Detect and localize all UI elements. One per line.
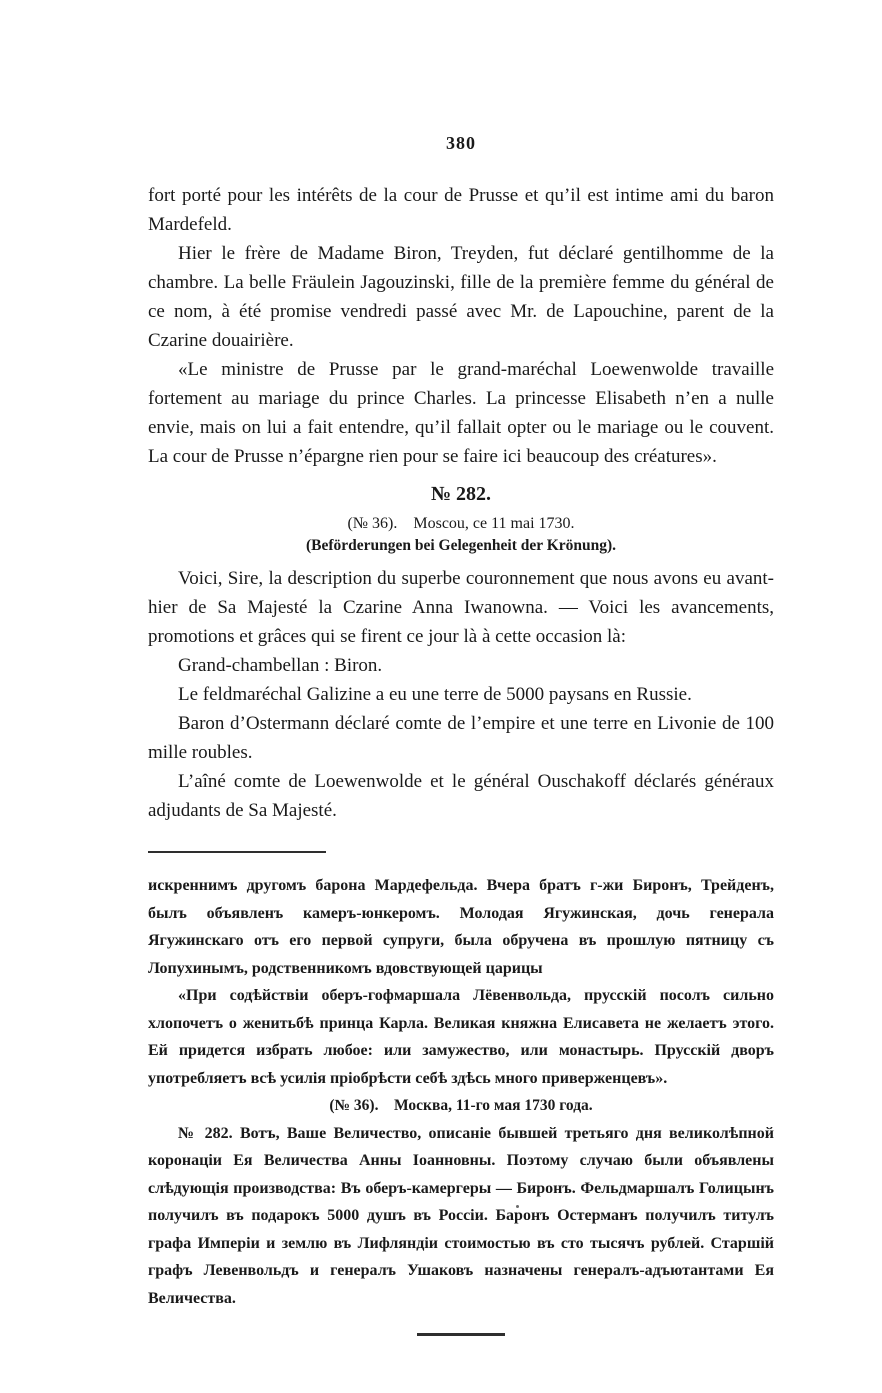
footnote: искреннимъ другомъ барона Мардефельда. В… bbox=[148, 872, 774, 1312]
footnote-entry-paragraph: № 282. Вотъ, Ваше Величество, описаніе б… bbox=[148, 1120, 774, 1313]
footnote-dateline: (№ 36). Москва, 11-го мая 1730 года. bbox=[148, 1092, 774, 1120]
letter-continuation: fort porté pour les intérêts de la cour … bbox=[148, 181, 774, 471]
paragraph-continuation: fort porté pour les intérêts de la cour … bbox=[148, 181, 774, 239]
paragraph: «Le ministre de Prusse par le grand-maré… bbox=[148, 355, 774, 471]
page-content: 380 fort porté pour les intérêts de la c… bbox=[148, 0, 774, 1336]
entry-heading: № 282. bbox=[148, 483, 774, 506]
footnote-paragraph: искреннимъ другомъ барона Мардефельда. В… bbox=[148, 872, 774, 982]
paragraph: Hier le frère de Madame Biron, Treyden, … bbox=[148, 239, 774, 355]
paragraph: Grand-chambellan : Biron. bbox=[148, 651, 774, 680]
footnote-paragraph: «При содѣйствіи оберъ-гофмаршала Лёвенво… bbox=[148, 982, 774, 1092]
entry-body: Voici, Sire, la description du superbe c… bbox=[148, 564, 774, 825]
paragraph: Le feldmaréchal Galizine a eu une terre … bbox=[148, 680, 774, 709]
paragraph: L’aîné comte de Loewenwolde et le généra… bbox=[148, 767, 774, 825]
entry-dateline: (№ 36). Moscou, ce 11 mai 1730. bbox=[148, 515, 774, 533]
scanned-book-page: 380 fort porté pour les intérêts de la c… bbox=[0, 0, 882, 1393]
entry-subject: (Beförderungen bei Gelegenheit der Krönu… bbox=[148, 537, 774, 555]
footnote-divider bbox=[148, 851, 326, 853]
page-number: 380 bbox=[148, 133, 774, 154]
paragraph: Voici, Sire, la description du superbe c… bbox=[148, 564, 774, 651]
paragraph: Baron d’Ostermann déclaré comte de l’emp… bbox=[148, 709, 774, 767]
section-end-rule bbox=[417, 1333, 505, 1336]
ink-speck bbox=[516, 1205, 519, 1208]
